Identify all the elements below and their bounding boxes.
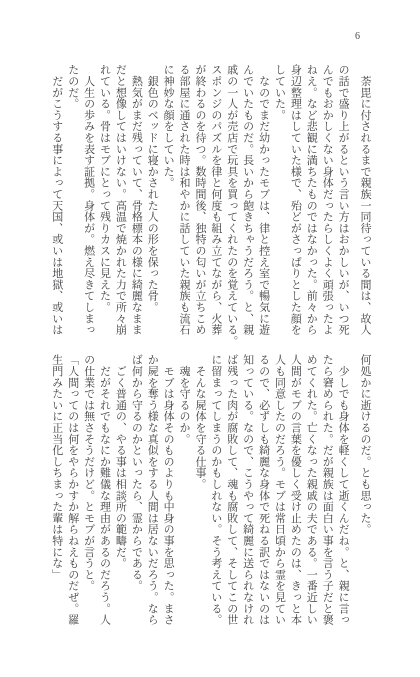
text-line: 人も同意したのだろう。モブは常日頃から霊を見てい (271, 354, 287, 642)
text-line: んでもおかしくない身体だったらしくよく頑張ったよ (318, 64, 334, 352)
text-line: 少しでも身体を軽くして逝くんだね。と、親に言っ (334, 354, 350, 642)
text-line: 知っている。なので、こうやって綺麗に送られなけれ (239, 354, 255, 642)
text-line: スポンジのパズルを律と何度も組み立てながら、火葬 (207, 64, 223, 352)
text-line: ごく普通の、やる事は相談所の範疇だ。 (112, 354, 128, 642)
text-line: れている。骨はモブにとって残りカスに見えた。 (96, 64, 112, 352)
book-page: 6 荼毘に付されるまで親族一同待っている間は、故人の話で盛り上がるという言い方は… (0, 0, 420, 677)
text-line: るので、必ずしも綺麗な身体で死ねる訳ではないのは (255, 354, 271, 642)
text-block-top: 荼毘に付されるまで親族一同待っている間は、故人の話で盛り上がるという言い方はおか… (48, 64, 372, 352)
text-line: 戚の一人が売店で玩具を買ってくれたのを覚えている。 (223, 64, 239, 352)
text-line: だがこうする事によって天国、或いは地獄、或いは (48, 64, 64, 352)
text-line: たら窘められた。だが親族は面白い事を言う子だと褒 (318, 354, 334, 642)
text-line: だがそれでもなにか難儀な理由があるのだろう。人 (96, 354, 112, 642)
text-line: 生門みたいに正当化しちまった輩は特にな」 (48, 354, 64, 642)
text-line: 人生の歩みを表す証拠。身体が。燃え尽きてしまっ (80, 64, 96, 352)
text-line: 「人間ってのは何をやらかすか解らねえものだぜ。羅 (64, 354, 80, 642)
text-line: が終わるのを待つ。数時間後、独特の匂いが立ちこめ (191, 64, 207, 352)
text-line: る部屋に通された時は和やかに話していた親族も流石 (175, 64, 191, 352)
text-line: 魂を守るのか。 (175, 354, 191, 642)
text-line: 人間がモブの言葉を優しく受け止めたのは、きっと本 (286, 354, 302, 642)
text-line: 銀色のベッドに寝かされた人の形を保った骨。 (143, 64, 159, 352)
text-line: なのでまだ幼かったモブは、律と控え室で暢気に遊 (255, 64, 271, 352)
text-line: の話で盛り上がるという言い方はおかしいが、いつ死 (334, 64, 350, 352)
page-number: 6 (355, 31, 360, 43)
text-line: ば残った肉が腐敗して、魂も腐敗して、そしてこの世 (223, 354, 239, 642)
text-line: していた。 (271, 64, 287, 352)
text-line: 何処かに逝けるのだ。とも思った。 (356, 354, 372, 642)
text-line: モブは身体そのものよりも中身の事を思った。まさ (159, 354, 175, 642)
text-line: の仕業では無さそうだけど。とモブが言うと。 (80, 354, 96, 642)
text-line: んでいたものだ。長いから飽きちゃうだろう。と、親 (239, 64, 255, 352)
text-line: に留まってしまうのかもしれない。そう考えている。 (207, 354, 223, 642)
text-line: に神妙な顔をしていた。 (159, 64, 175, 352)
text-line: そんな屍体を守る仕事。 (191, 354, 207, 642)
text-line: だと想像してはいけない。高温で焼かれた力で所々崩 (112, 64, 128, 352)
text-line: 荼毘に付されるまで親族一同待っている間は、故人 (356, 64, 372, 352)
text-line: ば何から守るのかといったら、霊からである。 (127, 354, 143, 642)
text-line: か屍を奪う様な真似をする人間は居ないだろう。なら (143, 354, 159, 642)
text-line: 身辺整理はしていた様で、殆どがさっぱりとした顔を (286, 64, 302, 352)
text-block-bottom: 何処かに逝けるのだ。とも思った。 少しでも身体を軽くして逝くんだね。と、親に言っ… (48, 354, 372, 642)
text-line: たのだ。 (64, 64, 80, 352)
text-line: ねえ。など悲観に満ちたものではなかった。前々から (302, 64, 318, 352)
text-line: 熱気がまだ残っていて、骨格標本の様に綺麗なまま (127, 64, 143, 352)
text-line: めてくれた。亡くなった親戚の夫である。一番近しい (302, 354, 318, 642)
